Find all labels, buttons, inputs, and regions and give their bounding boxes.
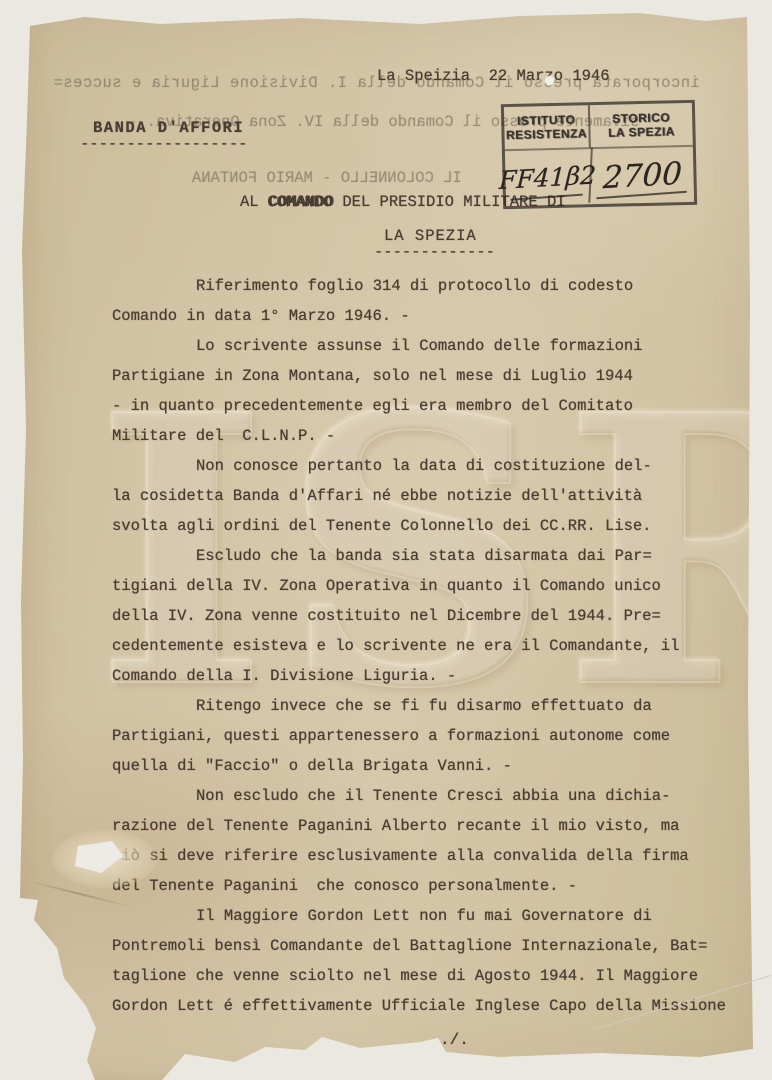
body-line: del Tenente Paganini che conosco persona… [112,877,726,907]
body-line: Gordon Lett é effettivamente Ufficiale I… [112,997,726,1027]
body-line: della IV. Zona venne costituito nel Dice… [112,607,726,637]
body-line: Partigiani, questi appartenessero a form… [112,727,726,757]
stamp-text: ISTITUTO [517,113,576,128]
body-line: Ritengo invece che se fi fu disarmo effe… [112,697,726,727]
stamp-institute-cell: ISTITUTO RESISTENZA [504,105,591,151]
body-line: Escludo che la banda sia stata disarmata… [112,547,726,577]
body-line: Il Maggiore Gordon Lett non fu mai Gover… [112,907,726,937]
body-line: - in quanto precedentemente egli era mem… [112,397,726,427]
body-line: Riferimento foglio 314 di protocollo di … [112,277,726,307]
recipient-city-underline: ------------- [374,242,495,262]
body-text: Riferimento foglio 314 di protocollo di … [112,277,726,1027]
stamp-storico-cell: STORICO LA SPEZIA [590,103,693,149]
body-line: tigiani della IV. Zona Operativa in quan… [112,577,726,607]
body-line: Militare del C.L.N.P. - [112,427,726,457]
body-line: la cosidetta Banda d'Affari né ebbe noti… [112,487,726,517]
continuation-mark: ./. [440,1030,469,1050]
body-line: Partigiane in Zona Montana, solo nel mes… [112,367,726,397]
body-line: Lo scrivente assunse il Comando delle fo… [112,337,726,367]
paper-hole-small [545,76,554,85]
recipient-overstruck-word: COMANDO [268,193,333,211]
recipient-prefix: AL [240,193,268,211]
stamp-collocation-handwritten: FF41β2 [504,148,593,208]
body-line: Pontremoli bensì Comandante del Battagli… [112,937,726,967]
body-line: taglione che venne sciolto nel mese di A… [112,967,726,997]
body-line: ciò si deve riferire esclusivamente alla… [112,847,726,877]
bleed-through-line: IL COLONNELLO - MARIO FONTANA [192,169,462,187]
stamp-number-handwritten: 2700 [590,145,695,206]
body-line: razione del Tenente Paganini Alberto rec… [112,817,726,847]
date-line: La Speizia 22 Marzo 1946 [377,66,610,86]
body-line: Non escludo che il Tenente Cresci abbia … [112,787,726,817]
document-page: ISR incorporata presso il Comando della … [0,0,772,1080]
body-line: Comando della I. Divisione Liguria. - [112,667,726,697]
stamp-text: LA SPEZIA [608,124,675,140]
archive-stamp: ISTITUTO RESISTENZA STORICO LA SPEZIA FF… [501,100,697,209]
scanner-background: ISR incorporata presso il Comando della … [0,0,772,1080]
body-line: Non conosce pertanto la data di costituz… [112,457,726,487]
stamp-text: RESISTENZA [506,126,587,142]
body-line: quella di "Faccio" o della Brigata Vanni… [112,757,726,787]
body-line: Comando in data 1° Marzo 1946. - [112,307,726,337]
body-line: svolta agli ordini del Tenente Colonnell… [112,517,726,547]
stamp-text: STORICO [612,110,670,125]
body-line: cedentemente esisteva e lo scrivente ne … [112,637,726,667]
sender-underline: ------------------ [80,134,247,154]
